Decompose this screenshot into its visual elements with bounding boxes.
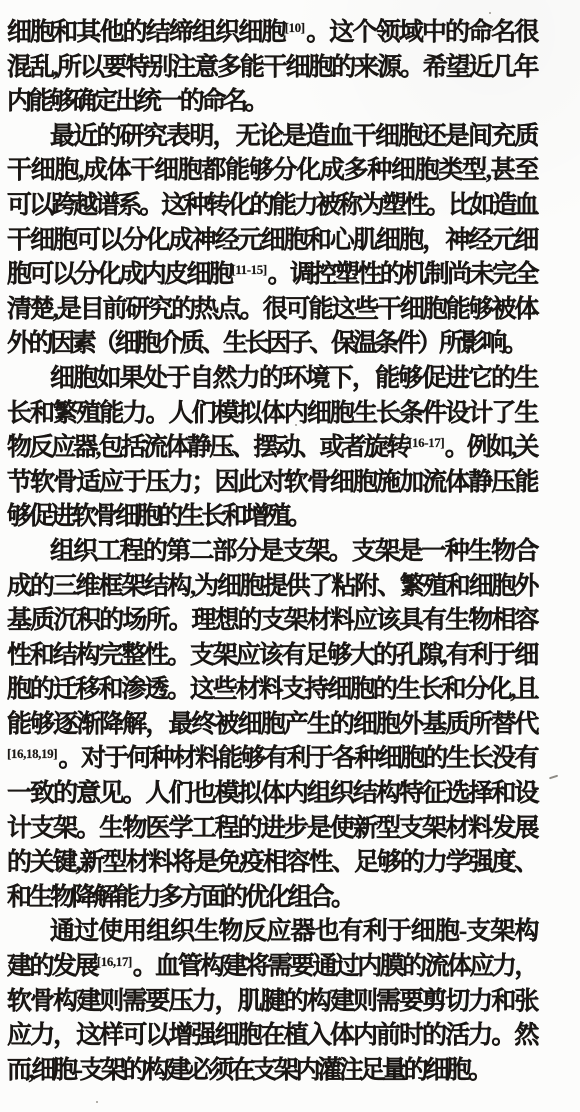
text-line: 能够逐渐降解，最终被细胞产生的细胞外基质所替代 <box>7 708 536 743</box>
text-line: 建的发展[16,17]。血管构建将需要通过内膜的流体应力， <box>7 950 536 985</box>
text-line: 应力，这样可以增强细胞在植入体内前时的活力。然 <box>7 1019 536 1054</box>
text-line: 最近的研究表明，无论是造血干细胞还是间充质 <box>7 120 536 155</box>
page-text: 细胞和其他的结缔组织细胞[10]。这个领域中的命名很混乱,所以要特别注意多能干细… <box>7 16 536 1088</box>
reference-marker: [16-17] <box>408 435 444 450</box>
text-line: 一致的意见。人们也模拟体内组织结构特征选择和设 <box>7 777 536 812</box>
text-line: 而,细胞-支架的构建必须在支架内灌注足量的细胞。 <box>7 1054 536 1089</box>
text-line: 长和繁殖能力。人们模拟体内细胞生长条件设计了生 <box>7 397 536 432</box>
scan-speck <box>549 775 558 779</box>
scan-speck <box>489 12 491 14</box>
text-line: 基质沉积的场所。理想的支架材料应该具有生物相容 <box>7 604 536 639</box>
text-line: 干细胞可以分化成神经元细胞和心肌细胞，神经元细 <box>7 224 536 259</box>
reference-marker: [16,17] <box>97 954 132 969</box>
text-line: 可以跨越谱系。这种转化的能力被称为塑性。比如造血 <box>7 189 536 224</box>
text-line: 的关键,新型材料将是免疫相容性、足够的力学强度、 <box>7 846 536 881</box>
scanned-page: 细胞和其他的结缔组织细胞[10]。这个领域中的命名很混乱,所以要特别注意多能干细… <box>0 0 580 1112</box>
text-line: 节软骨适应于压力；因此对软骨细胞施加流体静压能 <box>7 466 536 501</box>
scan-speck <box>96 1101 98 1103</box>
text-line: 和生物降解能力多方面的优化组合。 <box>7 881 536 916</box>
text-line: 物反应器,包括流体静压、摆动、或者旋转[16-17]。例如,关 <box>7 431 536 466</box>
text-line: 胞可以分化成内皮细胞[11-15]。调控塑性的机制尚未完全 <box>7 258 536 293</box>
text-line: 清楚,是目前研究的热点。很可能这些干细胞能够被体 <box>7 293 536 328</box>
scan-speck <box>295 424 297 426</box>
text-line: 细胞如果处于自然力的环境下，能够促进它的生 <box>7 362 536 397</box>
reference-marker: [11-15] <box>231 262 266 277</box>
text-line: 够促进软骨细胞的生长和增殖。 <box>7 500 536 535</box>
text-line: 通过使用组织生物反应器也有利于细胞-支架构 <box>7 915 536 950</box>
text-line: 性和结构完整性。支架应该有足够大的孔隙,有利于细 <box>7 639 536 674</box>
text-line: 内能够确定出统一的命名。 <box>7 85 536 120</box>
text-line: 胞的迁移和渗透。这些材料支持细胞的生长和分化,且 <box>7 673 536 708</box>
text-line: [16,18,19]。对于何种材料能够有利于各种细胞的生长没有 <box>7 742 536 777</box>
text-line: 软骨构建则需要压力，肌腱的构建则需要剪切力和张 <box>7 985 536 1020</box>
text-line: 干细胞,成体干细胞都能够分化成多种细胞类型,甚至 <box>7 154 536 189</box>
text-line: 成的三维框架结构,为细胞提供了粘附、繁殖和细胞外 <box>7 570 536 605</box>
text-line: 计支架。生物医学工程的进步是使新型支架材料发展 <box>7 812 536 847</box>
reference-marker: [16,18,19] <box>7 746 57 761</box>
text-line: 混乱,所以要特别注意多能干细胞的来源。希望近几年 <box>7 51 536 86</box>
reference-marker: [10] <box>285 20 305 35</box>
text-line: 组织工程的第二部分是支架。支架是一种生物合 <box>7 535 536 570</box>
text-line: 细胞和其他的结缔组织细胞[10]。这个领域中的命名很 <box>7 16 536 51</box>
text-line: 外的因素（细胞介质、生长因子、保温条件）所影响。 <box>7 327 536 362</box>
